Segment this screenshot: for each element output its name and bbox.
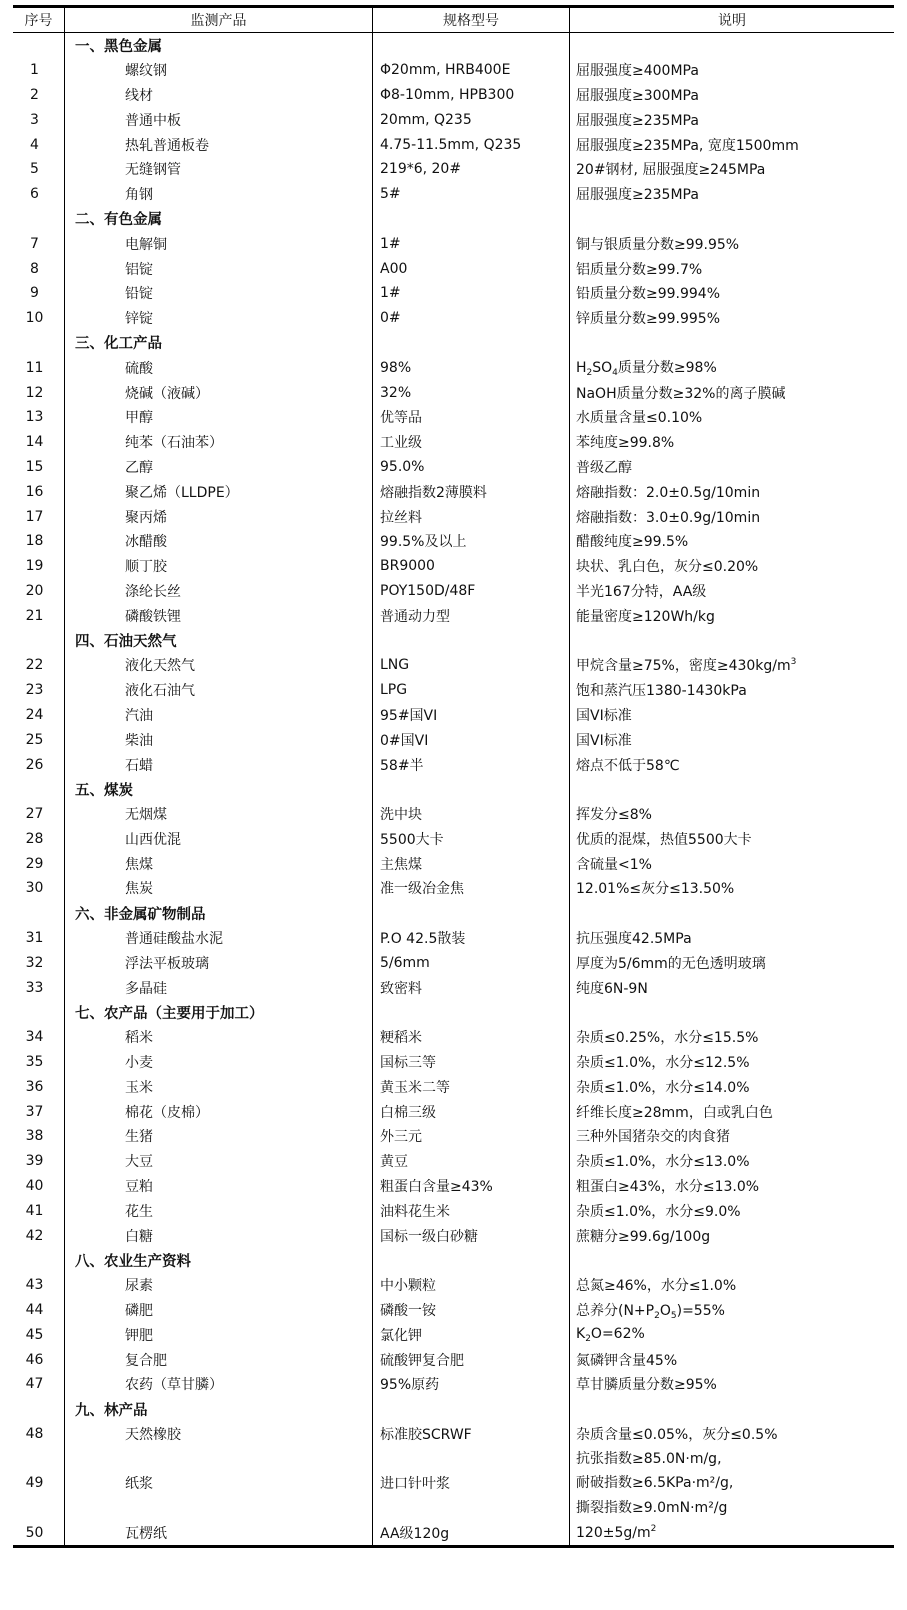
row-spec: BR9000 bbox=[372, 554, 569, 579]
row-index: 35 bbox=[13, 1050, 64, 1075]
table-row: 23液化石油气LPG饱和蒸汽压1380-1430kPa bbox=[13, 678, 894, 703]
row-product: 多晶硅 bbox=[64, 975, 372, 1000]
section-desc-empty bbox=[569, 777, 894, 802]
row-description: 总养分(N+P2O5)=55% bbox=[569, 1298, 894, 1323]
table-row: 28山西优混5500大卡优质的混煤，热值5500大卡 bbox=[13, 827, 894, 852]
row-description: 醋酸纯度≥99.5% bbox=[569, 529, 894, 554]
row-index: 47 bbox=[13, 1372, 64, 1397]
section-index bbox=[13, 901, 64, 926]
row-description: 杂质≤0.25%，水分≤15.5% bbox=[569, 1025, 894, 1050]
row-index: 17 bbox=[13, 504, 64, 529]
row-product: 锌锭 bbox=[64, 306, 372, 331]
row-spec: 219*6, 20# bbox=[372, 157, 569, 182]
row-index: 45 bbox=[13, 1322, 64, 1347]
row-index: 12 bbox=[13, 380, 64, 405]
section-title: 八、农业生产资料 bbox=[64, 1248, 372, 1273]
row-index: 3 bbox=[13, 107, 64, 132]
section-desc-empty bbox=[569, 207, 894, 232]
row-product: 铅锭 bbox=[64, 281, 372, 306]
row-description: 抗张指数≥85.0N·m/g,耐破指数≥6.5KPa·m²/g,撕裂指数≥9.0… bbox=[569, 1446, 894, 1520]
section-row: 三、化工产品 bbox=[13, 331, 894, 356]
row-spec: 熔融指数2薄膜料 bbox=[372, 479, 569, 504]
section-spec-empty bbox=[372, 901, 569, 926]
row-spec: 20mm, Q235 bbox=[372, 107, 569, 132]
section-index bbox=[13, 331, 64, 356]
row-description: 国VI标准 bbox=[569, 727, 894, 752]
section-index bbox=[13, 777, 64, 802]
section-desc-empty bbox=[569, 1000, 894, 1025]
row-index: 7 bbox=[13, 231, 64, 256]
row-spec: 普通动力型 bbox=[372, 603, 569, 628]
row-spec: 1# bbox=[372, 231, 569, 256]
row-spec: 硫酸钾复合肥 bbox=[372, 1347, 569, 1372]
row-description: 厚度为5/6mm的无色透明玻璃 bbox=[569, 950, 894, 975]
row-index: 34 bbox=[13, 1025, 64, 1050]
row-spec: 洗中块 bbox=[372, 802, 569, 827]
row-product: 稻米 bbox=[64, 1025, 372, 1050]
row-spec: 油料花生米 bbox=[372, 1198, 569, 1223]
row-index: 50 bbox=[13, 1520, 64, 1545]
row-spec: 拉丝料 bbox=[372, 504, 569, 529]
description-part: )=55% bbox=[677, 1303, 725, 1319]
table-row: 7电解铜1#铜与银质量分数≥99.95% bbox=[13, 231, 894, 256]
row-index: 41 bbox=[13, 1198, 64, 1223]
row-description: 水质量含量≤0.10% bbox=[569, 405, 894, 430]
row-product: 顺丁胶 bbox=[64, 554, 372, 579]
row-description: 杂质≤1.0%，水分≤14.0% bbox=[569, 1074, 894, 1099]
row-description: 纯度6N-9N bbox=[569, 975, 894, 1000]
section-title: 六、非金属矿物制品 bbox=[64, 901, 372, 926]
row-spec: 58#半 bbox=[372, 752, 569, 777]
row-spec: 0# bbox=[372, 306, 569, 331]
row-description: 块状、乳白色，灰分≤0.20% bbox=[569, 554, 894, 579]
table-row: 1螺纹钢Φ20mm, HRB400E屈服强度≥400MPa bbox=[13, 58, 894, 83]
row-product: 生猪 bbox=[64, 1124, 372, 1149]
section-desc-empty bbox=[569, 1397, 894, 1422]
row-product: 焦炭 bbox=[64, 876, 372, 901]
row-spec: 1# bbox=[372, 281, 569, 306]
table-row: 39大豆黄豆杂质≤1.0%，水分≤13.0% bbox=[13, 1149, 894, 1174]
row-index: 2 bbox=[13, 83, 64, 108]
table-row: 25柴油0#国VI国VI标准 bbox=[13, 727, 894, 752]
section-title: 三、化工产品 bbox=[64, 331, 372, 356]
row-product: 聚丙烯 bbox=[64, 504, 372, 529]
row-spec: LPG bbox=[372, 678, 569, 703]
table-row: 44磷肥磷酸一铵总养分(N+P2O5)=55% bbox=[13, 1298, 894, 1323]
row-product: 热轧普通板卷 bbox=[64, 132, 372, 157]
description-line: 抗张指数≥85.0N·m/g, bbox=[576, 1447, 722, 1472]
section-row: 二、有色金属 bbox=[13, 207, 894, 232]
table-row: 27无烟煤洗中块挥发分≤8% bbox=[13, 802, 894, 827]
row-description: 优质的混煤，热值5500大卡 bbox=[569, 827, 894, 852]
description-part: 2 bbox=[651, 1524, 657, 1534]
section-spec-empty bbox=[372, 207, 569, 232]
row-product: 山西优混 bbox=[64, 827, 372, 852]
row-description: H2SO4质量分数≥98% bbox=[569, 355, 894, 380]
row-description: 挥发分≤8% bbox=[569, 802, 894, 827]
table-row: 42白糖国标一级白砂糖蔗糖分≥99.6g/100g bbox=[13, 1223, 894, 1248]
row-description: 杂质≤1.0%，水分≤9.0% bbox=[569, 1198, 894, 1223]
table-row: 13甲醇优等品水质量含量≤0.10% bbox=[13, 405, 894, 430]
row-index: 39 bbox=[13, 1149, 64, 1174]
section-index bbox=[13, 1397, 64, 1422]
table-row: 15乙醇95.0%普级乙醇 bbox=[13, 455, 894, 480]
row-product: 浮法平板玻璃 bbox=[64, 950, 372, 975]
row-spec: 粳稻米 bbox=[372, 1025, 569, 1050]
row-product: 聚乙烯（LLDPE） bbox=[64, 479, 372, 504]
row-index: 28 bbox=[13, 827, 64, 852]
row-description: 粗蛋白≥43%，水分≤13.0% bbox=[569, 1174, 894, 1199]
row-index: 27 bbox=[13, 802, 64, 827]
table-row: 31普通硅酸盐水泥P.O 42.5散装抗压强度42.5MPa bbox=[13, 926, 894, 951]
row-spec: 32% bbox=[372, 380, 569, 405]
table-row: 43尿素中小颗粒总氮≥46%，水分≤1.0% bbox=[13, 1273, 894, 1298]
row-spec: 白棉三级 bbox=[372, 1099, 569, 1124]
table-row: 6角钢5#屈服强度≥235MPa bbox=[13, 182, 894, 207]
row-index: 48 bbox=[13, 1422, 64, 1447]
row-spec: 致密料 bbox=[372, 975, 569, 1000]
section-spec-empty bbox=[372, 1397, 569, 1422]
row-index: 19 bbox=[13, 554, 64, 579]
row-index: 37 bbox=[13, 1099, 64, 1124]
section-desc-empty bbox=[569, 331, 894, 356]
row-index: 24 bbox=[13, 703, 64, 728]
row-spec: 95#国VI bbox=[372, 703, 569, 728]
table-row: 9铅锭1#铅质量分数≥99.994% bbox=[13, 281, 894, 306]
description-line: 撕裂指数≥9.0mN·m²/g bbox=[576, 1496, 727, 1521]
row-spec: 氯化钾 bbox=[372, 1322, 569, 1347]
row-product: 瓦楞纸 bbox=[64, 1520, 372, 1545]
row-spec: AA级120g bbox=[372, 1520, 569, 1545]
row-product: 磷酸铁锂 bbox=[64, 603, 372, 628]
row-index: 20 bbox=[13, 579, 64, 604]
row-index: 40 bbox=[13, 1174, 64, 1199]
section-row: 一、黑色金属 bbox=[13, 33, 894, 58]
row-index: 8 bbox=[13, 256, 64, 281]
row-spec: 外三元 bbox=[372, 1124, 569, 1149]
row-description: 蔗糖分≥99.6g/100g bbox=[569, 1223, 894, 1248]
row-description: 甲烷含量≥75%，密度≥430kg/m3 bbox=[569, 653, 894, 678]
section-spec-empty bbox=[372, 1000, 569, 1025]
row-description: 12.01%≤灰分≤13.50% bbox=[569, 876, 894, 901]
row-product: 花生 bbox=[64, 1198, 372, 1223]
row-product: 线材 bbox=[64, 83, 372, 108]
row-product: 液化天然气 bbox=[64, 653, 372, 678]
table-row: 48天然橡胶标准胶SCRWF杂质含量≤0.05%，灰分≤0.5% bbox=[13, 1422, 894, 1447]
row-product: 大豆 bbox=[64, 1149, 372, 1174]
header-product: 监测产品 bbox=[64, 8, 372, 32]
row-product: 小麦 bbox=[64, 1050, 372, 1075]
row-spec: Φ8-10mm, HPB300 bbox=[372, 83, 569, 108]
row-product: 涤纶长丝 bbox=[64, 579, 372, 604]
row-spec: P.O 42.5散装 bbox=[372, 926, 569, 951]
row-product: 普通硅酸盐水泥 bbox=[64, 926, 372, 951]
row-index: 21 bbox=[13, 603, 64, 628]
section-title: 七、农产品（主要用于加工） bbox=[64, 1000, 372, 1025]
row-index: 4 bbox=[13, 132, 64, 157]
row-description: 杂质≤1.0%，水分≤13.0% bbox=[569, 1149, 894, 1174]
row-product: 磷肥 bbox=[64, 1298, 372, 1323]
row-index: 22 bbox=[13, 653, 64, 678]
row-index: 25 bbox=[13, 727, 64, 752]
row-product: 硫酸 bbox=[64, 355, 372, 380]
row-index: 15 bbox=[13, 455, 64, 480]
row-spec: 黄豆 bbox=[372, 1149, 569, 1174]
row-spec: 0#国VI bbox=[372, 727, 569, 752]
description-part: 甲烷含量≥75%，密度≥430kg/m bbox=[576, 658, 791, 674]
row-description: 三种外国猪杂交的肉食猪 bbox=[569, 1124, 894, 1149]
description-part: 3 bbox=[791, 657, 797, 667]
table-row: 24汽油95#国VI国VI标准 bbox=[13, 703, 894, 728]
description-part: H bbox=[576, 360, 587, 376]
section-index bbox=[13, 207, 64, 232]
row-description: 屈服强度≥235MPa, 宽度1500mm bbox=[569, 132, 894, 157]
row-spec: 主焦煤 bbox=[372, 851, 569, 876]
table-row: 29焦煤主焦煤含硫量<1% bbox=[13, 851, 894, 876]
row-description: 屈服强度≥300MPa bbox=[569, 83, 894, 108]
table-row: 19顺丁胶BR9000块状、乳白色，灰分≤0.20% bbox=[13, 554, 894, 579]
table-row: 41花生油料花生米杂质≤1.0%，水分≤9.0% bbox=[13, 1198, 894, 1223]
row-product: 螺纹钢 bbox=[64, 58, 372, 83]
row-spec: 国标一级白砂糖 bbox=[372, 1223, 569, 1248]
table-row: 45钾肥氯化钾K2O=62% bbox=[13, 1322, 894, 1347]
section-row: 八、农业生产资料 bbox=[13, 1248, 894, 1273]
section-title: 四、石油天然气 bbox=[64, 628, 372, 653]
row-product: 无缝钢管 bbox=[64, 157, 372, 182]
table-row: 3普通中板20mm, Q235屈服强度≥235MPa bbox=[13, 107, 894, 132]
table-row: 35小麦国标三等杂质≤1.0%，水分≤12.5% bbox=[13, 1050, 894, 1075]
row-product: 汽油 bbox=[64, 703, 372, 728]
table-row: 12烧碱（液碱）32%NaOH质量分数≥32%的离子膜碱 bbox=[13, 380, 894, 405]
description-part: O bbox=[660, 1303, 671, 1319]
table-row: 5无缝钢管219*6, 20#20#钢材, 屈服强度≥245MPa bbox=[13, 157, 894, 182]
row-product: 甲醇 bbox=[64, 405, 372, 430]
section-spec-empty bbox=[372, 1248, 569, 1273]
row-product: 乙醇 bbox=[64, 455, 372, 480]
table-row: 49纸浆进口针叶浆抗张指数≥85.0N·m/g,耐破指数≥6.5KPa·m²/g… bbox=[13, 1446, 894, 1520]
section-spec-empty bbox=[372, 331, 569, 356]
row-product: 铝锭 bbox=[64, 256, 372, 281]
row-product: 玉米 bbox=[64, 1074, 372, 1099]
row-product: 尿素 bbox=[64, 1273, 372, 1298]
row-product: 棉花（皮棉） bbox=[64, 1099, 372, 1124]
section-spec-empty bbox=[372, 33, 569, 58]
table-row: 33多晶硅致密料纯度6N-9N bbox=[13, 975, 894, 1000]
table-body: 一、黑色金属1螺纹钢Φ20mm, HRB400E屈服强度≥400MPa2线材Φ8… bbox=[13, 33, 894, 1545]
row-description: 杂质≤1.0%，水分≤12.5% bbox=[569, 1050, 894, 1075]
row-spec: Φ20mm, HRB400E bbox=[372, 58, 569, 83]
row-spec: 工业级 bbox=[372, 430, 569, 455]
row-product: 石蜡 bbox=[64, 752, 372, 777]
row-product: 电解铜 bbox=[64, 231, 372, 256]
row-spec: 优等品 bbox=[372, 405, 569, 430]
row-product: 农药（草甘膦） bbox=[64, 1372, 372, 1397]
table-row: 40豆粕粗蛋白含量≥43%粗蛋白≥43%，水分≤13.0% bbox=[13, 1174, 894, 1199]
section-row: 九、林产品 bbox=[13, 1397, 894, 1422]
row-index: 13 bbox=[13, 405, 64, 430]
table-row: 30焦炭准一级冶金焦12.01%≤灰分≤13.50% bbox=[13, 876, 894, 901]
section-desc-empty bbox=[569, 901, 894, 926]
row-description: 铅质量分数≥99.994% bbox=[569, 281, 894, 306]
section-spec-empty bbox=[372, 628, 569, 653]
row-product: 焦煤 bbox=[64, 851, 372, 876]
row-index: 49 bbox=[13, 1446, 64, 1520]
row-spec: A00 bbox=[372, 256, 569, 281]
table-row: 17聚丙烯拉丝料熔融指数：3.0±0.9g/10min bbox=[13, 504, 894, 529]
row-index: 18 bbox=[13, 529, 64, 554]
row-index: 36 bbox=[13, 1074, 64, 1099]
table-row: 22液化天然气LNG甲烷含量≥75%，密度≥430kg/m3 bbox=[13, 653, 894, 678]
row-description: 普级乙醇 bbox=[569, 455, 894, 480]
row-description: 苯纯度≥99.8% bbox=[569, 430, 894, 455]
row-index: 5 bbox=[13, 157, 64, 182]
row-index: 9 bbox=[13, 281, 64, 306]
row-index: 14 bbox=[13, 430, 64, 455]
row-index: 43 bbox=[13, 1273, 64, 1298]
section-index bbox=[13, 33, 64, 58]
row-description: K2O=62% bbox=[569, 1322, 894, 1347]
header-index: 序号 bbox=[13, 8, 64, 32]
header-spec: 规格型号 bbox=[372, 8, 569, 32]
row-index: 30 bbox=[13, 876, 64, 901]
row-product: 豆粕 bbox=[64, 1174, 372, 1199]
row-spec: 99.5%及以上 bbox=[372, 529, 569, 554]
section-row: 四、石油天然气 bbox=[13, 628, 894, 653]
table-row: 46复合肥硫酸钾复合肥氮磷钾含量45% bbox=[13, 1347, 894, 1372]
row-description: 屈服强度≥235MPa bbox=[569, 182, 894, 207]
row-description: 饱和蒸汽压1380-1430kPa bbox=[569, 678, 894, 703]
section-index bbox=[13, 1000, 64, 1025]
table-row: 18冰醋酸99.5%及以上醋酸纯度≥99.5% bbox=[13, 529, 894, 554]
row-description: 20#钢材, 屈服强度≥245MPa bbox=[569, 157, 894, 182]
row-description: 纤维长度≥28mm，白或乳白色 bbox=[569, 1099, 894, 1124]
row-index: 44 bbox=[13, 1298, 64, 1323]
table-row: 37棉花（皮棉）白棉三级纤维长度≥28mm，白或乳白色 bbox=[13, 1099, 894, 1124]
row-product: 普通中板 bbox=[64, 107, 372, 132]
table-row: 36玉米黄玉米二等杂质≤1.0%，水分≤14.0% bbox=[13, 1074, 894, 1099]
row-index: 10 bbox=[13, 306, 64, 331]
description-part: 质量分数≥98% bbox=[618, 360, 717, 376]
row-spec: 5500大卡 bbox=[372, 827, 569, 852]
table-row: 8铝锭A00铝质量分数≥99.7% bbox=[13, 256, 894, 281]
table-row: 4热轧普通板卷4.75-11.5mm, Q235屈服强度≥235MPa, 宽度1… bbox=[13, 132, 894, 157]
section-desc-empty bbox=[569, 1248, 894, 1273]
row-product: 烧碱（液碱） bbox=[64, 380, 372, 405]
row-index: 29 bbox=[13, 851, 64, 876]
row-spec: LNG bbox=[372, 653, 569, 678]
section-title: 五、煤炭 bbox=[64, 777, 372, 802]
row-description: 熔融指数：3.0±0.9g/10min bbox=[569, 504, 894, 529]
table-row: 50瓦楞纸AA级120g120±5g/m2 bbox=[13, 1520, 894, 1545]
row-spec: 黄玉米二等 bbox=[372, 1074, 569, 1099]
row-spec: 5# bbox=[372, 182, 569, 207]
header-description: 说明 bbox=[569, 8, 894, 32]
description-part: K bbox=[576, 1326, 585, 1342]
row-spec: 准一级冶金焦 bbox=[372, 876, 569, 901]
table-row: 38生猪外三元三种外国猪杂交的肉食猪 bbox=[13, 1124, 894, 1149]
row-index: 38 bbox=[13, 1124, 64, 1149]
section-index bbox=[13, 1248, 64, 1273]
row-description: 国VI标准 bbox=[569, 703, 894, 728]
row-index: 32 bbox=[13, 950, 64, 975]
row-product: 角钢 bbox=[64, 182, 372, 207]
row-product: 白糖 bbox=[64, 1223, 372, 1248]
description-part: SO bbox=[592, 360, 612, 376]
row-description: 屈服强度≥400MPa bbox=[569, 58, 894, 83]
row-spec: 98% bbox=[372, 355, 569, 380]
section-desc-empty bbox=[569, 33, 894, 58]
row-index: 42 bbox=[13, 1223, 64, 1248]
row-spec: 磷酸一铵 bbox=[372, 1298, 569, 1323]
row-index: 26 bbox=[13, 752, 64, 777]
row-spec: 粗蛋白含量≥43% bbox=[372, 1174, 569, 1199]
table-row: 47农药（草甘膦）95%原药草甘膦质量分数≥95% bbox=[13, 1372, 894, 1397]
section-spec-empty bbox=[372, 777, 569, 802]
row-description: 熔点不低于58℃ bbox=[569, 752, 894, 777]
table-row: 34稻米粳稻米杂质≤0.25%，水分≤15.5% bbox=[13, 1025, 894, 1050]
row-description: 氮磷钾含量45% bbox=[569, 1347, 894, 1372]
row-spec: 国标三等 bbox=[372, 1050, 569, 1075]
row-index: 11 bbox=[13, 355, 64, 380]
row-spec: 标准胶SCRWF bbox=[372, 1422, 569, 1447]
description-part: O=62% bbox=[591, 1326, 645, 1342]
row-description: 含硫量<1% bbox=[569, 851, 894, 876]
row-index: 33 bbox=[13, 975, 64, 1000]
row-index: 31 bbox=[13, 926, 64, 951]
row-description: 总氮≥46%，水分≤1.0% bbox=[569, 1273, 894, 1298]
table-row: 32浮法平板玻璃5/6mm厚度为5/6mm的无色透明玻璃 bbox=[13, 950, 894, 975]
row-product: 纸浆 bbox=[64, 1446, 372, 1520]
table-row: 16聚乙烯（LLDPE）熔融指数2薄膜料熔融指数：2.0±0.5g/10min bbox=[13, 479, 894, 504]
row-description: 铝质量分数≥99.7% bbox=[569, 256, 894, 281]
row-spec: 95%原药 bbox=[372, 1372, 569, 1397]
row-index: 6 bbox=[13, 182, 64, 207]
section-index bbox=[13, 628, 64, 653]
row-product: 液化石油气 bbox=[64, 678, 372, 703]
section-title: 九、林产品 bbox=[64, 1397, 372, 1422]
row-product: 冰醋酸 bbox=[64, 529, 372, 554]
row-product: 复合肥 bbox=[64, 1347, 372, 1372]
section-title: 二、有色金属 bbox=[64, 207, 372, 232]
row-spec: POY150D/48F bbox=[372, 579, 569, 604]
row-product: 天然橡胶 bbox=[64, 1422, 372, 1447]
table-row: 2线材Φ8-10mm, HPB300屈服强度≥300MPa bbox=[13, 83, 894, 108]
row-description: 熔融指数：2.0±0.5g/10min bbox=[569, 479, 894, 504]
section-row: 五、煤炭 bbox=[13, 777, 894, 802]
row-spec: 中小颗粒 bbox=[372, 1273, 569, 1298]
row-description: 屈服强度≥235MPa bbox=[569, 107, 894, 132]
row-spec: 进口针叶浆 bbox=[372, 1446, 569, 1520]
description-part: 总养分(N+P bbox=[576, 1303, 654, 1319]
row-index: 46 bbox=[13, 1347, 64, 1372]
table-row: 14纯苯（石油苯）工业级苯纯度≥99.8% bbox=[13, 430, 894, 455]
row-index: 16 bbox=[13, 479, 64, 504]
row-index: 1 bbox=[13, 58, 64, 83]
row-index: 23 bbox=[13, 678, 64, 703]
table-row: 11硫酸98%H2SO4质量分数≥98% bbox=[13, 355, 894, 380]
row-description: 能量密度≥120Wh/kg bbox=[569, 603, 894, 628]
row-description: 铜与银质量分数≥99.95% bbox=[569, 231, 894, 256]
section-row: 六、非金属矿物制品 bbox=[13, 901, 894, 926]
section-desc-empty bbox=[569, 628, 894, 653]
section-row: 七、农产品（主要用于加工） bbox=[13, 1000, 894, 1025]
row-product: 柴油 bbox=[64, 727, 372, 752]
row-description: 半光167分特，AA级 bbox=[569, 579, 894, 604]
table-row: 10锌锭0#锌质量分数≥99.995% bbox=[13, 306, 894, 331]
row-spec: 4.75-11.5mm, Q235 bbox=[372, 132, 569, 157]
row-product: 纯苯（石油苯） bbox=[64, 430, 372, 455]
table-row: 21磷酸铁锂普通动力型能量密度≥120Wh/kg bbox=[13, 603, 894, 628]
